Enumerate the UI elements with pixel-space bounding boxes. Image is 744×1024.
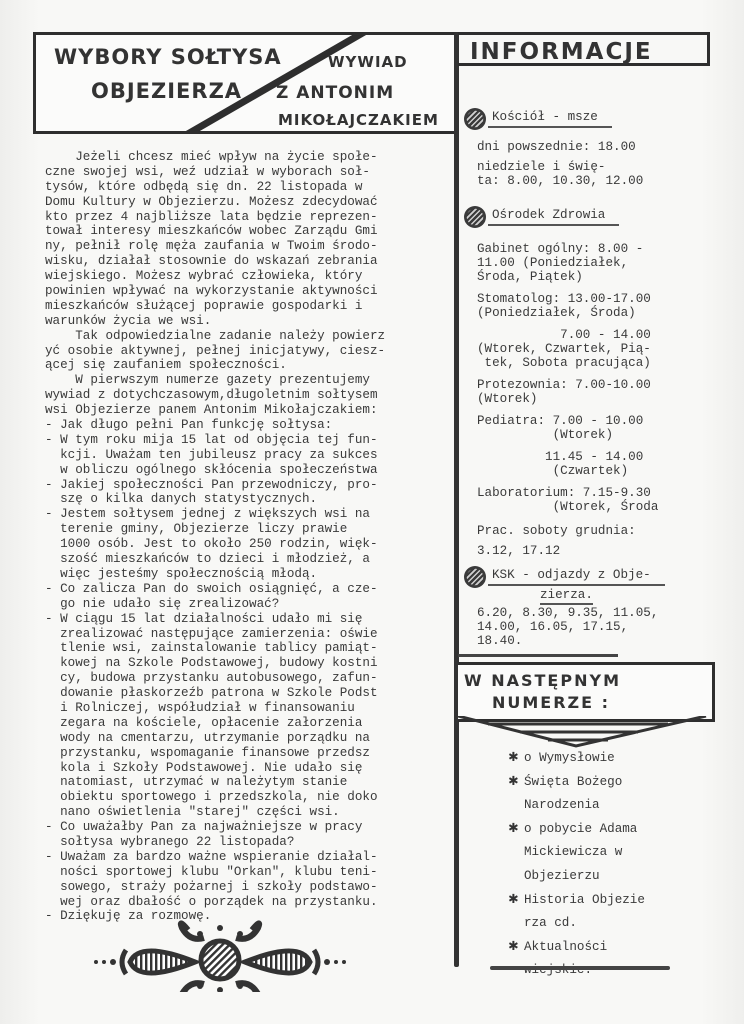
article-line: obiektu sportowego i przedszkola, nie do… — [45, 790, 455, 805]
headline-subtitle-line3: MIKOŁAJCZAKIEM — [278, 111, 439, 129]
next-issue-title-line2: NUMERZE : — [492, 693, 610, 712]
article-line: tlenie wsi, zainstalowanie tablicy pamią… — [45, 641, 455, 656]
next-issue-item-text: Objezierzu — [524, 869, 600, 883]
headline-subtitle-line2: Z ANTONIM — [276, 83, 394, 103]
list-underline — [490, 966, 670, 970]
health-dentist-2: 7.00 - 14.00 (Wtorek, Czwartek, Pią- tek… — [477, 328, 651, 370]
article-line: - Uważam za bardzo ważne wspieranie dzia… — [45, 850, 455, 865]
article-line: yć osobie aktywnej, pełnej inicjatywy, c… — [45, 344, 455, 359]
bus-times: 6.20, 8.30, 9.35, 11.05, 14.00, 16.05, 1… — [477, 606, 658, 648]
article-line: wody na cmentarzu, utrzymanie porządku n… — [45, 731, 455, 746]
health-prosthetics: Protezownia: 7.00-10.00 (Wtorek) — [477, 378, 651, 406]
article-line: kola i Szkoły Podstawowej. Nie udało się — [45, 761, 455, 776]
hatched-circle-icon — [464, 108, 486, 130]
bus-heading-line2: zierza. — [540, 588, 593, 605]
article-line: powinien wpływać na wykorzystanie aktywn… — [45, 284, 455, 299]
hatched-circle-icon — [464, 206, 486, 228]
folk-ornament-icon — [90, 920, 350, 992]
article-line: ącej się zaufaniem społeczności. — [45, 358, 455, 373]
next-issue-item-continued: Narodzenia — [508, 793, 645, 817]
article-line: zrealizować następujące zamierzenia: ośw… — [45, 627, 455, 642]
article-line: Tak odpowiedzialne zadanie należy powier… — [45, 329, 455, 344]
next-issue-item-text: rza cd. — [524, 916, 577, 930]
article-line: - W ciągu 15 lat działalności udało mi s… — [45, 612, 455, 627]
next-issue-title-line1: W NASTĘPNYM — [464, 671, 621, 690]
article-line: wywiad z dotychczasowym,długoletnim sołt… — [45, 388, 455, 403]
article-line: tysów, które odbędą się dn. 22 listopada… — [45, 180, 455, 195]
next-issue-item-text: Historia Objezie — [524, 893, 645, 907]
asterisk-bullet-icon: ✱ — [508, 770, 524, 792]
next-issue-item-text: Święta Bożego — [524, 775, 622, 789]
headline-box: WYBORY SOŁTYSA OBJEZIERZA WYWIAD Z ANTON… — [33, 32, 459, 134]
next-issue-item-continued: Objezierzu — [508, 864, 645, 888]
church-weekdays: dni powszednie: 18.00 — [477, 140, 636, 154]
article-line: szę o kilka danych statystycznych. — [45, 492, 455, 507]
article-line: zegara na kościele, opłacenie załorzenia — [45, 716, 455, 731]
headline-title-line2: OBJEZIERZA — [91, 79, 242, 103]
article-line: cy, budowa przystanku autobusowego, zafu… — [45, 671, 455, 686]
church-heading-text: Kościół - msze — [488, 110, 612, 128]
next-issue-list: ✱o Wymysłowie✱Święta Bożego Narodzenia✱o… — [508, 746, 645, 982]
article-line: ny, pełnił rolę męża zaufania w Twoim śr… — [45, 239, 455, 254]
health-pediatrics: Pediatra: 7.00 - 10.00 (Wtorek) — [477, 414, 643, 442]
article-line: ności sportowej klubu "Orkan", klubu ten… — [45, 865, 455, 880]
health-heading: Ośrodek Zdrowia — [464, 206, 619, 228]
article-line: wsi Objezierze panem Antonim Mikołajczak… — [45, 403, 455, 418]
health-pediatrics-2: 11.45 - 14.00 (Czwartek) — [477, 450, 643, 478]
article-line: Jeżeli chcesz mieć wpływ na życie społe- — [45, 150, 455, 165]
asterisk-bullet-icon — [508, 793, 524, 815]
asterisk-bullet-icon — [508, 864, 524, 886]
health-saturdays: 3.12, 17.12 — [477, 544, 560, 558]
article-line: wej oraz dbałość o porządek na przystank… — [45, 895, 455, 910]
church-heading: Kościół - msze — [464, 108, 612, 130]
article-line: - Jak długo pełni Pan funkcję sołtysa: — [45, 418, 455, 433]
church-sundays: niedziele i świę- ta: 8.00, 10.30, 12.00 — [477, 160, 643, 188]
article-line: szość mieszkańców to dzieci i młodzież, … — [45, 552, 455, 567]
headline-subtitle-line1: WYWIAD — [328, 53, 408, 71]
next-issue-item-continued: rza cd. — [508, 911, 645, 935]
section-divider — [458, 654, 618, 657]
asterisk-bullet-icon: ✱ — [508, 746, 524, 768]
bus-heading-text: KSK - odjazdy z Obje- — [488, 568, 665, 586]
article-line: terenie gminy, Objezierze liczy prawie — [45, 522, 455, 537]
article-body: Jeżeli chcesz mieć wpływ na życie społe-… — [45, 150, 455, 924]
health-heading-text: Ośrodek Zdrowia — [488, 208, 619, 226]
article-line: - Jakiej społeczności Pan przewodniczy, … — [45, 478, 455, 493]
next-issue-item: ✱o pobycie Adama — [508, 817, 645, 841]
headline-title-line1: WYBORY SOŁTYSA — [54, 45, 282, 69]
next-issue-item-text: o pobycie Adama — [524, 822, 637, 836]
article-line: w obliczu ogólnego skłócenia społeczeńst… — [45, 463, 455, 478]
article-line: - Co uważałby Pan za najważniejsze w pra… — [45, 820, 455, 835]
asterisk-bullet-icon: ✱ — [508, 935, 524, 957]
asterisk-bullet-icon — [508, 911, 524, 933]
banner-chevron-icon — [458, 716, 714, 748]
health-saturdays-label: Prac. soboty grudnia: — [477, 524, 636, 538]
next-issue-item-text: Mickiewicza w — [524, 845, 622, 859]
next-issue-item: ✱o Wymysłowie — [508, 746, 645, 770]
article-line: - Co zalicza Pan do swoich osiągnięć, a … — [45, 582, 455, 597]
article-line: więc jesteśmy społecznością młodą. — [45, 567, 455, 582]
next-issue-item-text: Narodzenia — [524, 798, 600, 812]
article-line: nano oświetlenia "starej" części wsi. — [45, 805, 455, 820]
asterisk-bullet-icon — [508, 840, 524, 862]
health-dentist: Stomatolog: 13.00-17.00 (Poniedziałek, Ś… — [477, 292, 651, 320]
article-line: Domu Kultury w Objezierzu. Możesz zdecyd… — [45, 195, 455, 210]
next-issue-item-text: o Wymysłowie — [524, 751, 615, 765]
article-line: wisku, działał stosownie do wskazań zebr… — [45, 254, 455, 269]
article-line: 1000 osób. Jest to około 250 rodzin, wię… — [45, 537, 455, 552]
info-title: INFORMACJE — [458, 32, 710, 66]
article-line: mieszkańców służącej poprawie gospodarki… — [45, 299, 455, 314]
asterisk-bullet-icon: ✱ — [508, 888, 524, 910]
article-line: tował interesy mieszkańców wobec Zarządu… — [45, 224, 455, 239]
next-issue-item: ✱Historia Objezie — [508, 888, 645, 912]
asterisk-bullet-icon: ✱ — [508, 817, 524, 839]
article-line: sołtysa wybranego 22 listopada? — [45, 835, 455, 850]
article-line: kcji. Uważam ten jubileusz pracy za sukc… — [45, 448, 455, 463]
next-issue-item-text: Aktualności — [524, 940, 607, 954]
article-line: sowego, straży pożarnej i szkoły podstaw… — [45, 880, 455, 895]
article-line: i Rolniczej, współudział w finansowaniu — [45, 701, 455, 716]
article-line: czne swojej wsi, weź udział w wyborach s… — [45, 165, 455, 180]
next-issue-banner: W NASTĘPNYM NUMERZE : — [458, 662, 715, 722]
article-line: wiejskiego. Możesz wybrać człowieka, któ… — [45, 269, 455, 284]
health-general: Gabinet ogólny: 8.00 - 11.00 (Poniedział… — [477, 242, 643, 284]
next-issue-item-continued: Mickiewicza w — [508, 840, 645, 864]
bus-heading: KSK - odjazdy z Obje- — [464, 566, 665, 588]
article-line: go nie udało się zrealizować? — [45, 597, 455, 612]
article-line: - Jestem sołtysem jednej z większych wsi… — [45, 507, 455, 522]
article-line: W pierwszym numerze gazety prezentujemy — [45, 373, 455, 388]
article-line: kowej na Szkole Podstawowej, budowy kost… — [45, 656, 455, 671]
article-line: dowanie płaskorzeźb patrona w Szkole Pod… — [45, 686, 455, 701]
hatched-circle-icon — [464, 566, 486, 588]
article-line: - W tym roku mija 15 lat od objęcia tej … — [45, 433, 455, 448]
next-issue-item: ✱Aktualności — [508, 935, 645, 959]
next-issue-item-continued: wiejskie. — [508, 958, 645, 982]
article-line: przystanku, wspomaganie finansowe przeds… — [45, 746, 455, 761]
next-issue-item: ✱Święta Bożego — [508, 770, 645, 794]
article-line: warunków życia we wsi. — [45, 314, 455, 329]
article-line: kto przez 4 najbliższe lata będzie repre… — [45, 210, 455, 225]
article-line: natomiast, utrzymać w należytym stanie — [45, 775, 455, 790]
health-lab: Laboratorium: 7.15-9.30 (Wtorek, Środa — [477, 486, 658, 514]
